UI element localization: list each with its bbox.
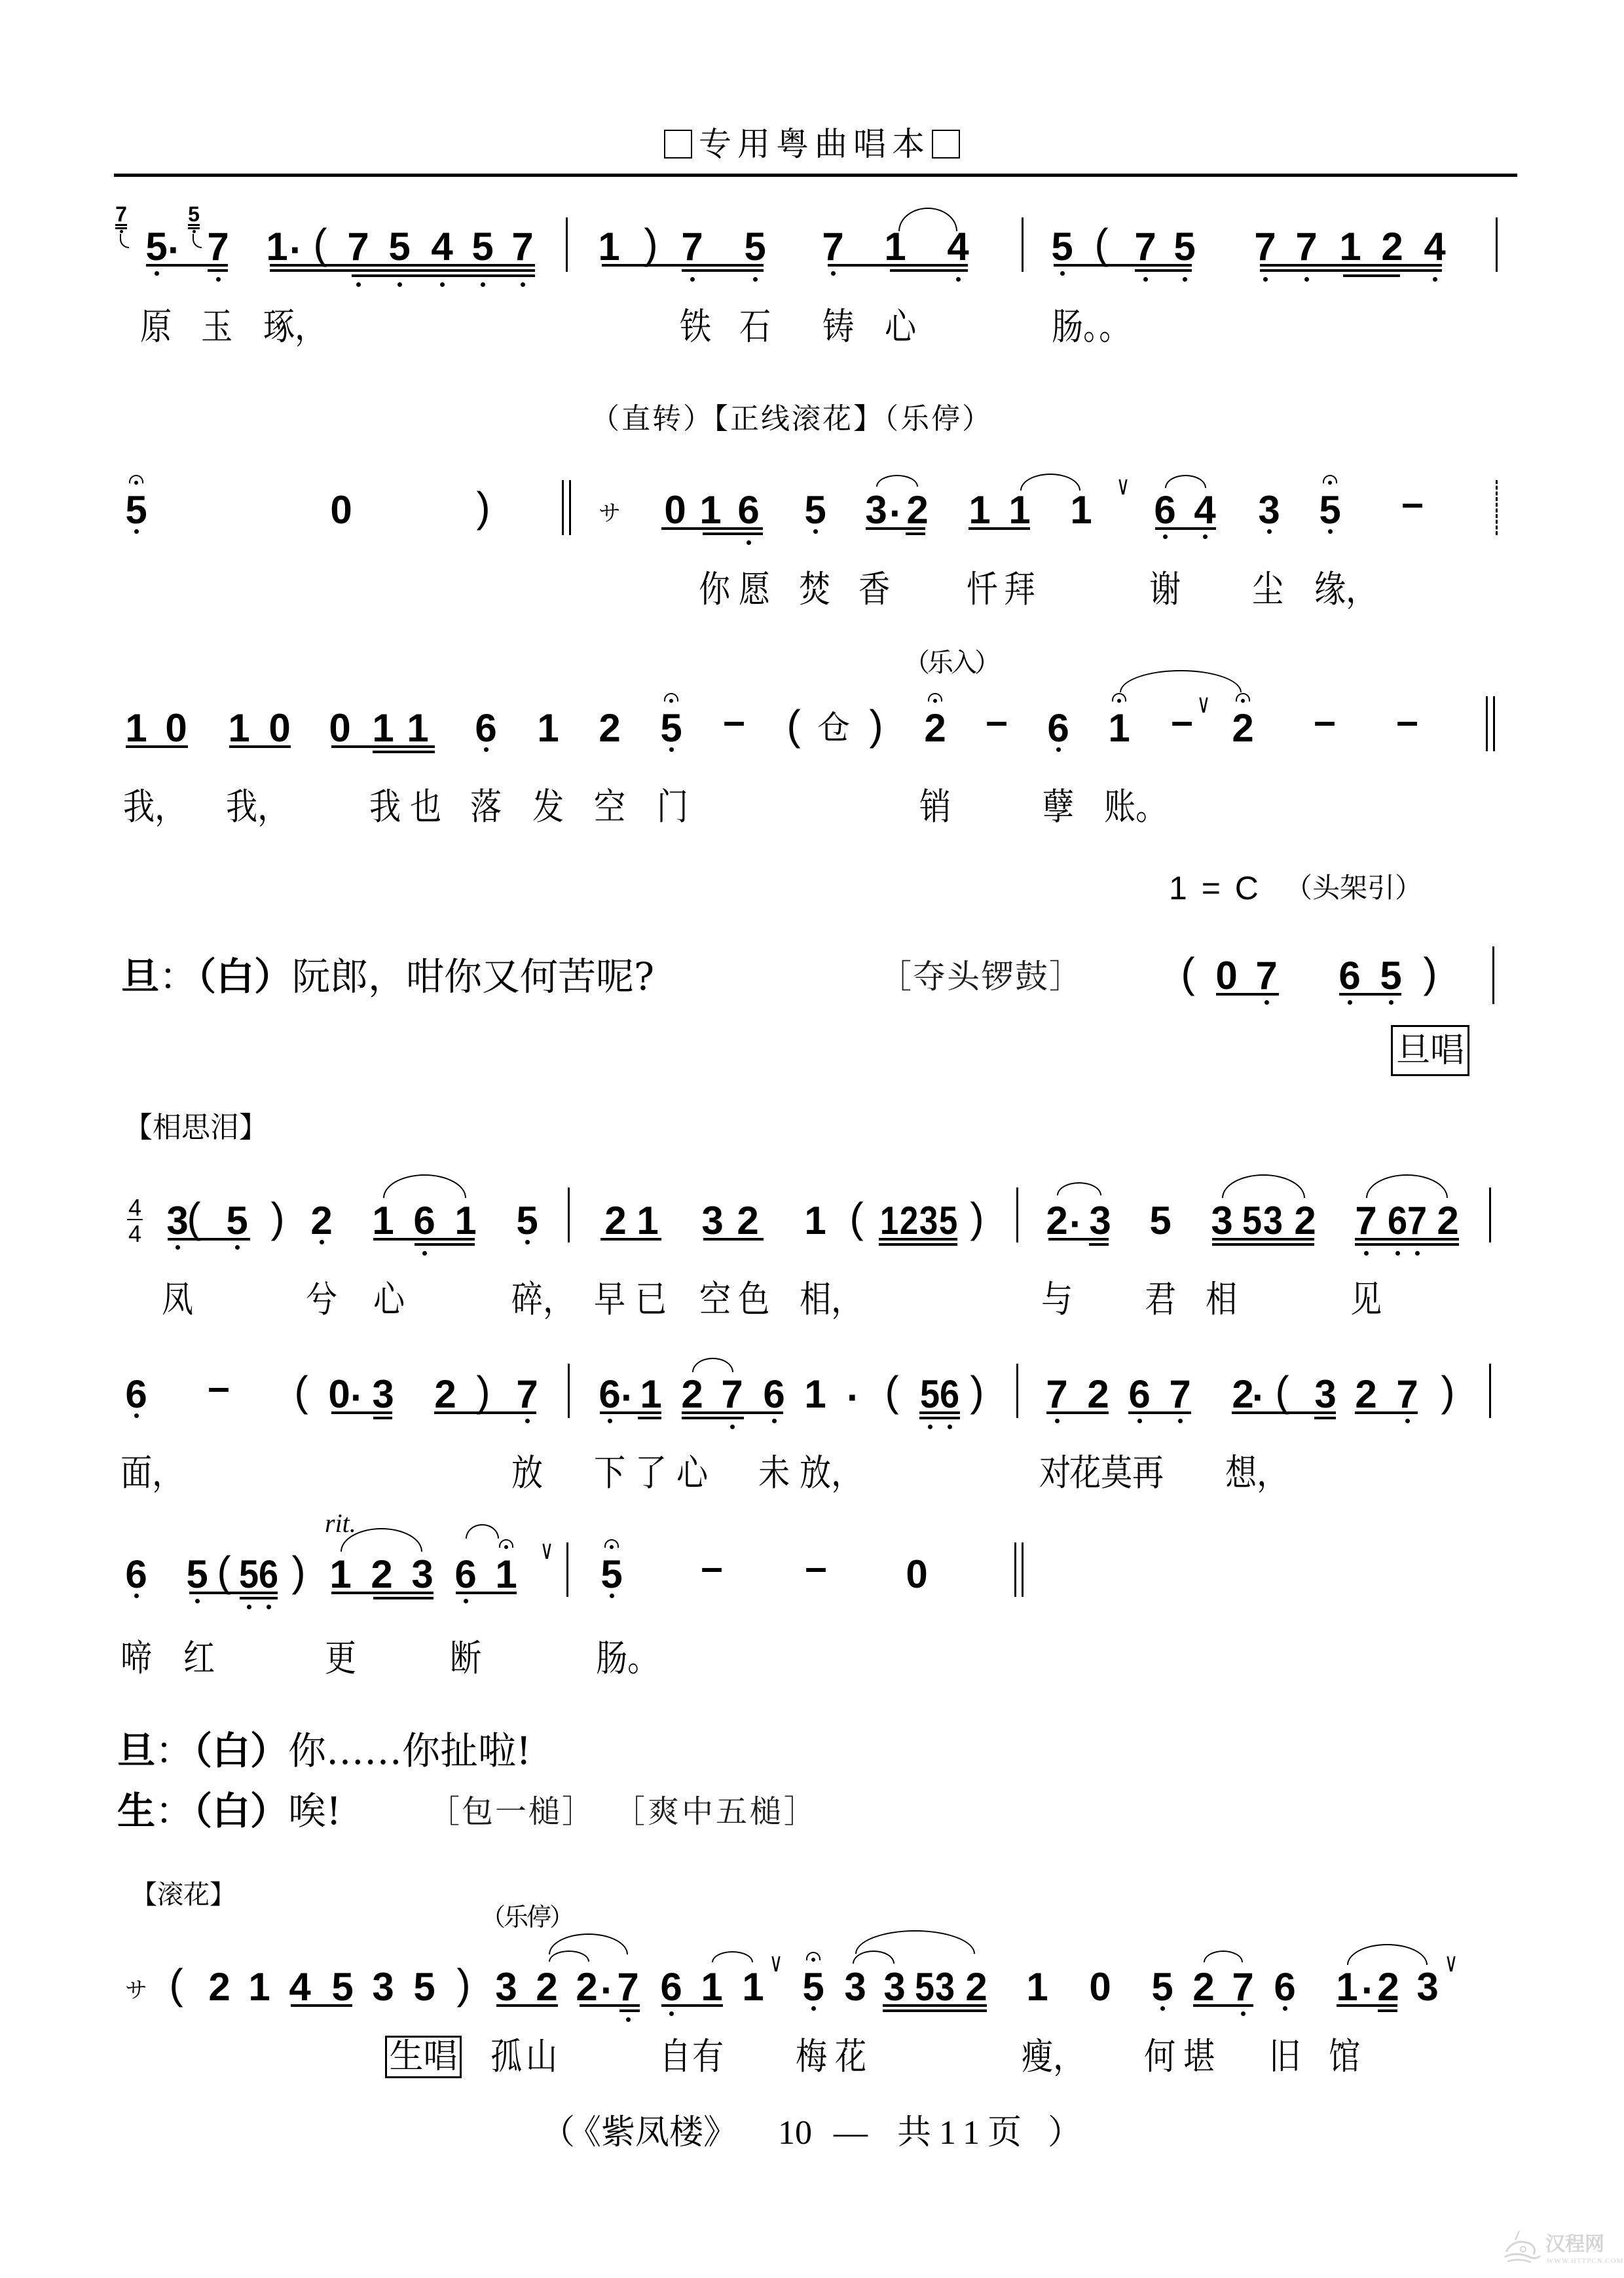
- low-octave-dot: [610, 1594, 614, 1598]
- note: 7: [516, 1375, 538, 1414]
- low-octave-dot: [956, 277, 961, 282]
- fermata-dot: [1241, 699, 1245, 703]
- lyric-char: 石: [739, 309, 771, 346]
- low-octave-dot: [155, 271, 159, 276]
- note: 3: [372, 1968, 394, 2007]
- note: 5: [600, 1555, 622, 1594]
- note: 2: [906, 491, 928, 530]
- fermata-dot: [811, 1958, 815, 1962]
- extension-dash: –: [1401, 483, 1423, 523]
- underline-beam: [240, 1597, 278, 1599]
- note: 2: [434, 1375, 456, 1414]
- slur: [1347, 1944, 1428, 1965]
- note: 3: [883, 1968, 905, 2007]
- note: 1: [248, 1968, 270, 2007]
- parenthesis: ): [1423, 952, 1437, 994]
- note: 2: [536, 1968, 557, 2007]
- breath-mark-icon: ∨: [769, 1950, 783, 1976]
- note: 0: [664, 491, 686, 530]
- low-octave-dot: [1304, 277, 1309, 282]
- low-octave-dot: [525, 1419, 530, 1423]
- note: 6: [1047, 709, 1069, 748]
- note: 5: [125, 491, 147, 530]
- low-octave-dot: [928, 1425, 932, 1429]
- low-octave-dot: [753, 277, 758, 282]
- note: 1: [266, 227, 287, 267]
- note: 5: [1151, 1968, 1173, 2007]
- low-octave-dot: [813, 529, 818, 534]
- lyric-char: 花: [835, 2039, 866, 2076]
- lyric-char: 孽: [1043, 789, 1074, 826]
- low-octave-dot: [397, 282, 402, 287]
- underline-beam: [331, 1411, 392, 1414]
- lyric-char: 堪: [1183, 2039, 1215, 2076]
- note: 0: [165, 709, 187, 748]
- note: 2: [599, 709, 620, 748]
- underline-beam: [1193, 2004, 1253, 2007]
- footer-page-number: 10: [778, 2116, 812, 2150]
- low-octave-dot: [175, 1245, 180, 1250]
- note: 1: [1336, 1968, 1357, 2007]
- underline-beam: [331, 1592, 434, 1594]
- slur: [1020, 474, 1080, 491]
- slur: [1366, 1174, 1448, 1198]
- low-octave-dot: [1264, 1000, 1269, 1005]
- lyric-char: 再: [1132, 1455, 1164, 1492]
- extension-dash: –: [723, 701, 745, 741]
- lyric-char: 孤: [490, 2039, 522, 2076]
- percussion-cue: ［爽中五槌］: [614, 1795, 818, 1829]
- note: 1: [228, 709, 249, 748]
- low-octave-dot: [1348, 1000, 1352, 1005]
- fermata-dot: [134, 481, 138, 485]
- note: 7: [1295, 227, 1317, 267]
- barline: [1016, 1187, 1018, 1242]
- barline: [566, 1542, 568, 1597]
- low-octave-dot: [730, 1425, 735, 1429]
- underline-beam: [661, 527, 763, 530]
- low-octave-dot: [1056, 747, 1061, 752]
- lyric-char: 啼: [120, 1641, 152, 1677]
- lyric-char: 红: [183, 1641, 215, 1677]
- note: 3: [495, 1968, 517, 2007]
- underline-beam: [1155, 527, 1216, 530]
- low-octave-dot: [134, 1413, 139, 1418]
- note: 3: [1314, 1375, 1336, 1414]
- breath-mark-icon: ∨: [1116, 473, 1130, 499]
- lyric-char: 铁: [680, 309, 711, 346]
- underline-beam: [1089, 1243, 1109, 1246]
- lyric-char: 何: [1144, 2039, 1175, 2076]
- parenthesis: ): [970, 1370, 984, 1412]
- note: 6: [1274, 1968, 1295, 2007]
- low-octave-dot: [811, 2006, 816, 2011]
- note: 5: [744, 227, 766, 267]
- lyric-char: 尘: [1252, 572, 1283, 608]
- low-octave-dot: [247, 1605, 251, 1609]
- sheng-sings-label: 生唱: [385, 2036, 462, 2078]
- dialogue-line-2: 旦：（白）你……你扯啦!: [117, 1732, 531, 1770]
- lyric-char: 更: [325, 1641, 356, 1677]
- note: 1: [495, 1555, 517, 1594]
- note: 5: [471, 227, 493, 267]
- underline-beam: [1054, 264, 1192, 267]
- lyric-char: 旧: [1269, 2039, 1301, 2076]
- barline: [1016, 1364, 1018, 1418]
- underline-beam: [434, 1411, 536, 1414]
- lyric-char: 梅: [796, 2039, 827, 2076]
- speaker-label: 旦: [121, 954, 159, 999]
- low-octave-dot: [1241, 2011, 1246, 2016]
- slur: [1057, 1182, 1101, 1195]
- lyric-char: 瘦，: [1022, 2039, 1084, 2076]
- lyric-char: 有: [692, 2039, 724, 2076]
- note: 6: [454, 1555, 476, 1594]
- underline-beam: [1048, 1238, 1109, 1241]
- free-rhythm-mark: サ: [125, 1979, 147, 2002]
- parenthesis: (: [1094, 223, 1108, 265]
- dashed-barline: [1496, 480, 1498, 535]
- fermata-dot: [504, 1545, 508, 1549]
- note: 1: [804, 1375, 826, 1414]
- slur: [712, 1951, 753, 1962]
- note: 5: [1319, 491, 1340, 530]
- lyric-char: 色: [738, 1282, 769, 1318]
- note: 2: [576, 1968, 597, 2007]
- low-octave-dot: [831, 271, 836, 276]
- note: 0: [906, 1555, 927, 1594]
- note: 0: [330, 491, 352, 530]
- speaker-separator: ：: [155, 1789, 193, 1833]
- underline-beam: [1212, 1238, 1314, 1241]
- low-octave-dot: [1060, 271, 1065, 276]
- dialogue-line-3: 生：（白）唉!: [117, 1792, 341, 1830]
- underline-beam: [373, 1597, 434, 1599]
- lyric-char: 放: [511, 1455, 543, 1492]
- footer-separator: —: [834, 2116, 868, 2150]
- note: 5: [1173, 227, 1195, 267]
- grace-note: 5: [188, 204, 200, 225]
- underline-beam: [208, 269, 228, 272]
- underline-beam: [1378, 2009, 1397, 2012]
- low-octave-dot: [481, 282, 485, 287]
- low-octave-dot: [1183, 277, 1187, 282]
- lyric-char: 了: [635, 1455, 667, 1492]
- low-octave-dot: [320, 1240, 324, 1244]
- note: 6: [1128, 1375, 1150, 1414]
- note: 6: [475, 709, 496, 748]
- underline-beam: [638, 1417, 661, 1419]
- underline-beam: [1355, 1243, 1459, 1246]
- low-octave-dot: [1143, 277, 1148, 282]
- underline-beam: [879, 1238, 957, 1241]
- note: 0: [329, 709, 350, 748]
- underline-beam: [879, 1243, 957, 1246]
- note: 5: [1380, 956, 1401, 996]
- parenthesis: ): [1441, 1370, 1454, 1412]
- breath-mark-icon: ∨: [540, 1537, 553, 1563]
- percussion-cue: ［包一槌］: [428, 1795, 595, 1829]
- extension-dash: –: [1171, 701, 1192, 741]
- lyric-char: 山: [526, 2039, 557, 2076]
- note: 7: [511, 227, 533, 267]
- note: 5: [331, 1968, 353, 2007]
- grace-underline: [188, 227, 200, 229]
- slur: [466, 1524, 499, 1539]
- underline-beam: [906, 532, 925, 535]
- note: 6: [1388, 1201, 1407, 1241]
- lyric-char: 我: [369, 789, 401, 826]
- low-octave-dot: [422, 1251, 427, 1256]
- barline: [1489, 1187, 1491, 1242]
- lyric-char: 兮: [306, 1282, 337, 1318]
- lyric-char: 碎，: [511, 1282, 574, 1318]
- low-octave-dot: [193, 230, 196, 233]
- grace-underline: [188, 224, 200, 226]
- music-stop-label: （乐停）: [481, 1904, 572, 1930]
- note: 7: [617, 1968, 638, 2007]
- parenthesis: ): [270, 1197, 284, 1239]
- note: 7: [1134, 227, 1156, 267]
- lyric-char: 君: [1145, 1282, 1176, 1318]
- lyric-char: 账。: [1104, 789, 1167, 826]
- lyric-char: 发: [532, 789, 564, 826]
- note: 5: [939, 1201, 957, 1241]
- lyric-char: 下: [594, 1455, 625, 1492]
- slur: [898, 208, 957, 231]
- note: 5: [802, 1968, 824, 2007]
- key-signature: 1 = C: [1169, 871, 1259, 905]
- dialogue-text: 阮郎，咁你又何苦呢?: [292, 954, 654, 999]
- double-barline: [1014, 1542, 1016, 1597]
- note: 2: [1192, 1968, 1214, 2007]
- low-octave-dot: [626, 2017, 631, 2022]
- low-octave-dot: [235, 1245, 240, 1250]
- note: 1: [1008, 491, 1030, 530]
- note: 3: [1416, 1968, 1438, 2007]
- lyric-char: 销: [919, 789, 951, 826]
- note: 1: [1108, 709, 1130, 748]
- slur: [383, 1174, 466, 1198]
- lyric-char: 放，: [800, 1455, 862, 1492]
- double-barline: [562, 480, 564, 535]
- double-barline: [569, 480, 571, 535]
- low-octave-dot: [1405, 1419, 1410, 1423]
- low-octave-dot: [948, 1425, 952, 1429]
- underline-beam: [270, 269, 535, 272]
- note: 2: [1377, 1968, 1399, 2007]
- lyric-char: 凤: [162, 1282, 193, 1318]
- note: 1: [884, 227, 906, 267]
- lyric-char: 自: [659, 2039, 691, 2076]
- lyric-char: 铸: [822, 309, 854, 346]
- underline-beam: [373, 1238, 475, 1241]
- underline-beam: [331, 745, 435, 748]
- lyric-char: 愿: [739, 572, 770, 608]
- note: 2: [208, 1968, 230, 2007]
- lyric-char: 相: [1206, 1282, 1237, 1318]
- watermark-name: 汉程网: [1545, 2233, 1604, 2256]
- speech-mode: （白）: [193, 1789, 288, 1833]
- underline-beam: [600, 1238, 661, 1241]
- note: 5: [1149, 1201, 1171, 1241]
- note: 1: [372, 1201, 394, 1241]
- extension-dash: –: [1314, 701, 1335, 741]
- note: 1: [537, 709, 559, 748]
- note: 0: [1215, 956, 1237, 996]
- note: 3: [935, 1968, 955, 2007]
- fermata-dot: [933, 699, 937, 703]
- note: 7: [347, 227, 369, 267]
- underline-beam: [883, 2009, 987, 2012]
- low-octave-dot: [1163, 534, 1168, 539]
- score-page: 专用粤曲唱本 （直转）【正线滚花】（乐停） （乐入） 1 = C （头架引） 【…: [0, 0, 1624, 2278]
- slur: [1222, 1174, 1305, 1198]
- underline-beam: [890, 269, 968, 272]
- time-signature-numerator: 4: [128, 1196, 141, 1220]
- low-octave-dot: [772, 1419, 777, 1423]
- low-octave-dot: [1328, 529, 1333, 534]
- note: 2: [681, 1375, 703, 1414]
- underline-beam: [1343, 274, 1400, 277]
- lyric-char: 玉: [201, 309, 232, 346]
- parenthesis: (: [1181, 952, 1194, 994]
- note: 2: [371, 1555, 392, 1594]
- note: 3: [865, 491, 887, 530]
- note: 5: [1242, 1201, 1262, 1241]
- lyric-char: 心: [676, 1455, 708, 1492]
- note: 5: [145, 227, 167, 267]
- underline-beam: [1260, 269, 1442, 272]
- underline-beam: [580, 2004, 640, 2007]
- barline: [1492, 946, 1494, 1004]
- note: 2: [604, 1201, 626, 1241]
- speech-mode: （白）: [193, 1728, 288, 1773]
- barline: [568, 1187, 570, 1242]
- underline-beam: [456, 1592, 517, 1594]
- low-octave-dot: [1203, 534, 1208, 539]
- speaker-separator: ：: [159, 954, 197, 999]
- parenthesis: (: [1275, 1370, 1289, 1412]
- low-octave-dot: [669, 2011, 674, 2016]
- speaker-separator: ：: [155, 1728, 193, 1773]
- parenthesis: (: [849, 1197, 863, 1239]
- note: 1: [407, 709, 428, 748]
- underline-beam: [1212, 1243, 1314, 1246]
- double-barline: [1486, 696, 1488, 751]
- lyric-char: 肠。。: [1052, 309, 1130, 346]
- note: 3: [919, 1201, 938, 1241]
- parenthesis: (: [187, 1197, 200, 1239]
- note: 5: [804, 491, 826, 530]
- lyric-char: 也: [410, 789, 441, 826]
- low-octave-dot: [1137, 1419, 1142, 1423]
- note: 2: [1437, 1201, 1458, 1241]
- barline: [1496, 217, 1498, 272]
- lyric-char: 缘，: [1314, 572, 1377, 608]
- underline-beam: [126, 745, 188, 748]
- note: 6: [125, 1375, 147, 1414]
- note: 4: [1424, 227, 1445, 267]
- low-octave-dot: [356, 282, 361, 287]
- note: 6: [599, 1375, 620, 1414]
- section-title-gunhua: 【滚花】: [131, 1881, 236, 1909]
- note: 2: [737, 1201, 758, 1241]
- double-barline: [1022, 1542, 1024, 1597]
- extension-dash: –: [701, 1548, 722, 1587]
- low-octave-dot: [1415, 1251, 1420, 1256]
- lyric-char: 馆: [1329, 2039, 1360, 2076]
- footer-total-pages: 共11页: [897, 2116, 1029, 2150]
- note: 5: [239, 1555, 259, 1594]
- underline-beam: [602, 264, 764, 267]
- slur: [876, 475, 918, 487]
- note: 5: [920, 1375, 940, 1414]
- note: 3: [411, 1555, 433, 1594]
- lyric-char: 想，: [1225, 1455, 1288, 1492]
- lyric-char: 琢，: [263, 309, 326, 346]
- note: 3: [1211, 1201, 1232, 1241]
- speaker-label: 生: [117, 1789, 155, 1833]
- parenthesis: ): [456, 1963, 470, 2005]
- underline-beam: [1355, 1238, 1459, 1241]
- watermark-logo-icon: [1501, 2226, 1541, 2266]
- note: 7: [1046, 1375, 1067, 1414]
- double-barline: [1493, 696, 1495, 751]
- underline-beam: [866, 527, 925, 530]
- low-octave-dot: [216, 277, 221, 282]
- underline-beam: [1232, 1411, 1336, 1414]
- music-in-label: （乐入）: [904, 648, 998, 677]
- extension-dash: –: [805, 1548, 826, 1587]
- percussion-syllable: 仓: [817, 711, 850, 744]
- underline-beam: [1314, 1417, 1336, 1419]
- free-rhythm-mark: サ: [599, 502, 621, 525]
- underline-beam: [682, 1417, 744, 1419]
- underline-beam: [373, 751, 435, 753]
- low-octave-dot: [195, 1599, 200, 1603]
- underline-beam: [619, 2009, 640, 2012]
- low-octave-dot: [1160, 2006, 1165, 2011]
- note: 3: [372, 1375, 394, 1414]
- parenthesis: (: [217, 1550, 231, 1592]
- parenthesis: ): [644, 223, 657, 265]
- note: 1: [880, 1201, 898, 1241]
- low-octave-dot: [1364, 1251, 1369, 1256]
- note: 3: [844, 1968, 866, 2007]
- note: 1: [1070, 491, 1092, 530]
- fermata-dot: [610, 1545, 614, 1549]
- note: 5: [1051, 227, 1073, 267]
- note: 6: [125, 1555, 147, 1594]
- grace-note: 7: [115, 204, 127, 225]
- lyric-char: 对: [1039, 1455, 1071, 1492]
- slur: [1204, 1951, 1243, 1962]
- lyric-char: 你: [699, 572, 730, 608]
- note: 6: [259, 1555, 278, 1594]
- lyric-char: 断: [450, 1641, 481, 1677]
- underline-beam: [1135, 269, 1192, 272]
- barline: [566, 217, 568, 272]
- note: 7: [1407, 1201, 1427, 1241]
- note: 2: [924, 709, 946, 748]
- lyric-char: 焚: [799, 572, 830, 608]
- lyric-char: 原: [140, 309, 172, 346]
- dialogue-text: 唉!: [288, 1789, 341, 1833]
- parenthesis: ): [476, 486, 490, 528]
- note: 6: [1154, 491, 1175, 530]
- lyric-char: 花: [1069, 1455, 1101, 1492]
